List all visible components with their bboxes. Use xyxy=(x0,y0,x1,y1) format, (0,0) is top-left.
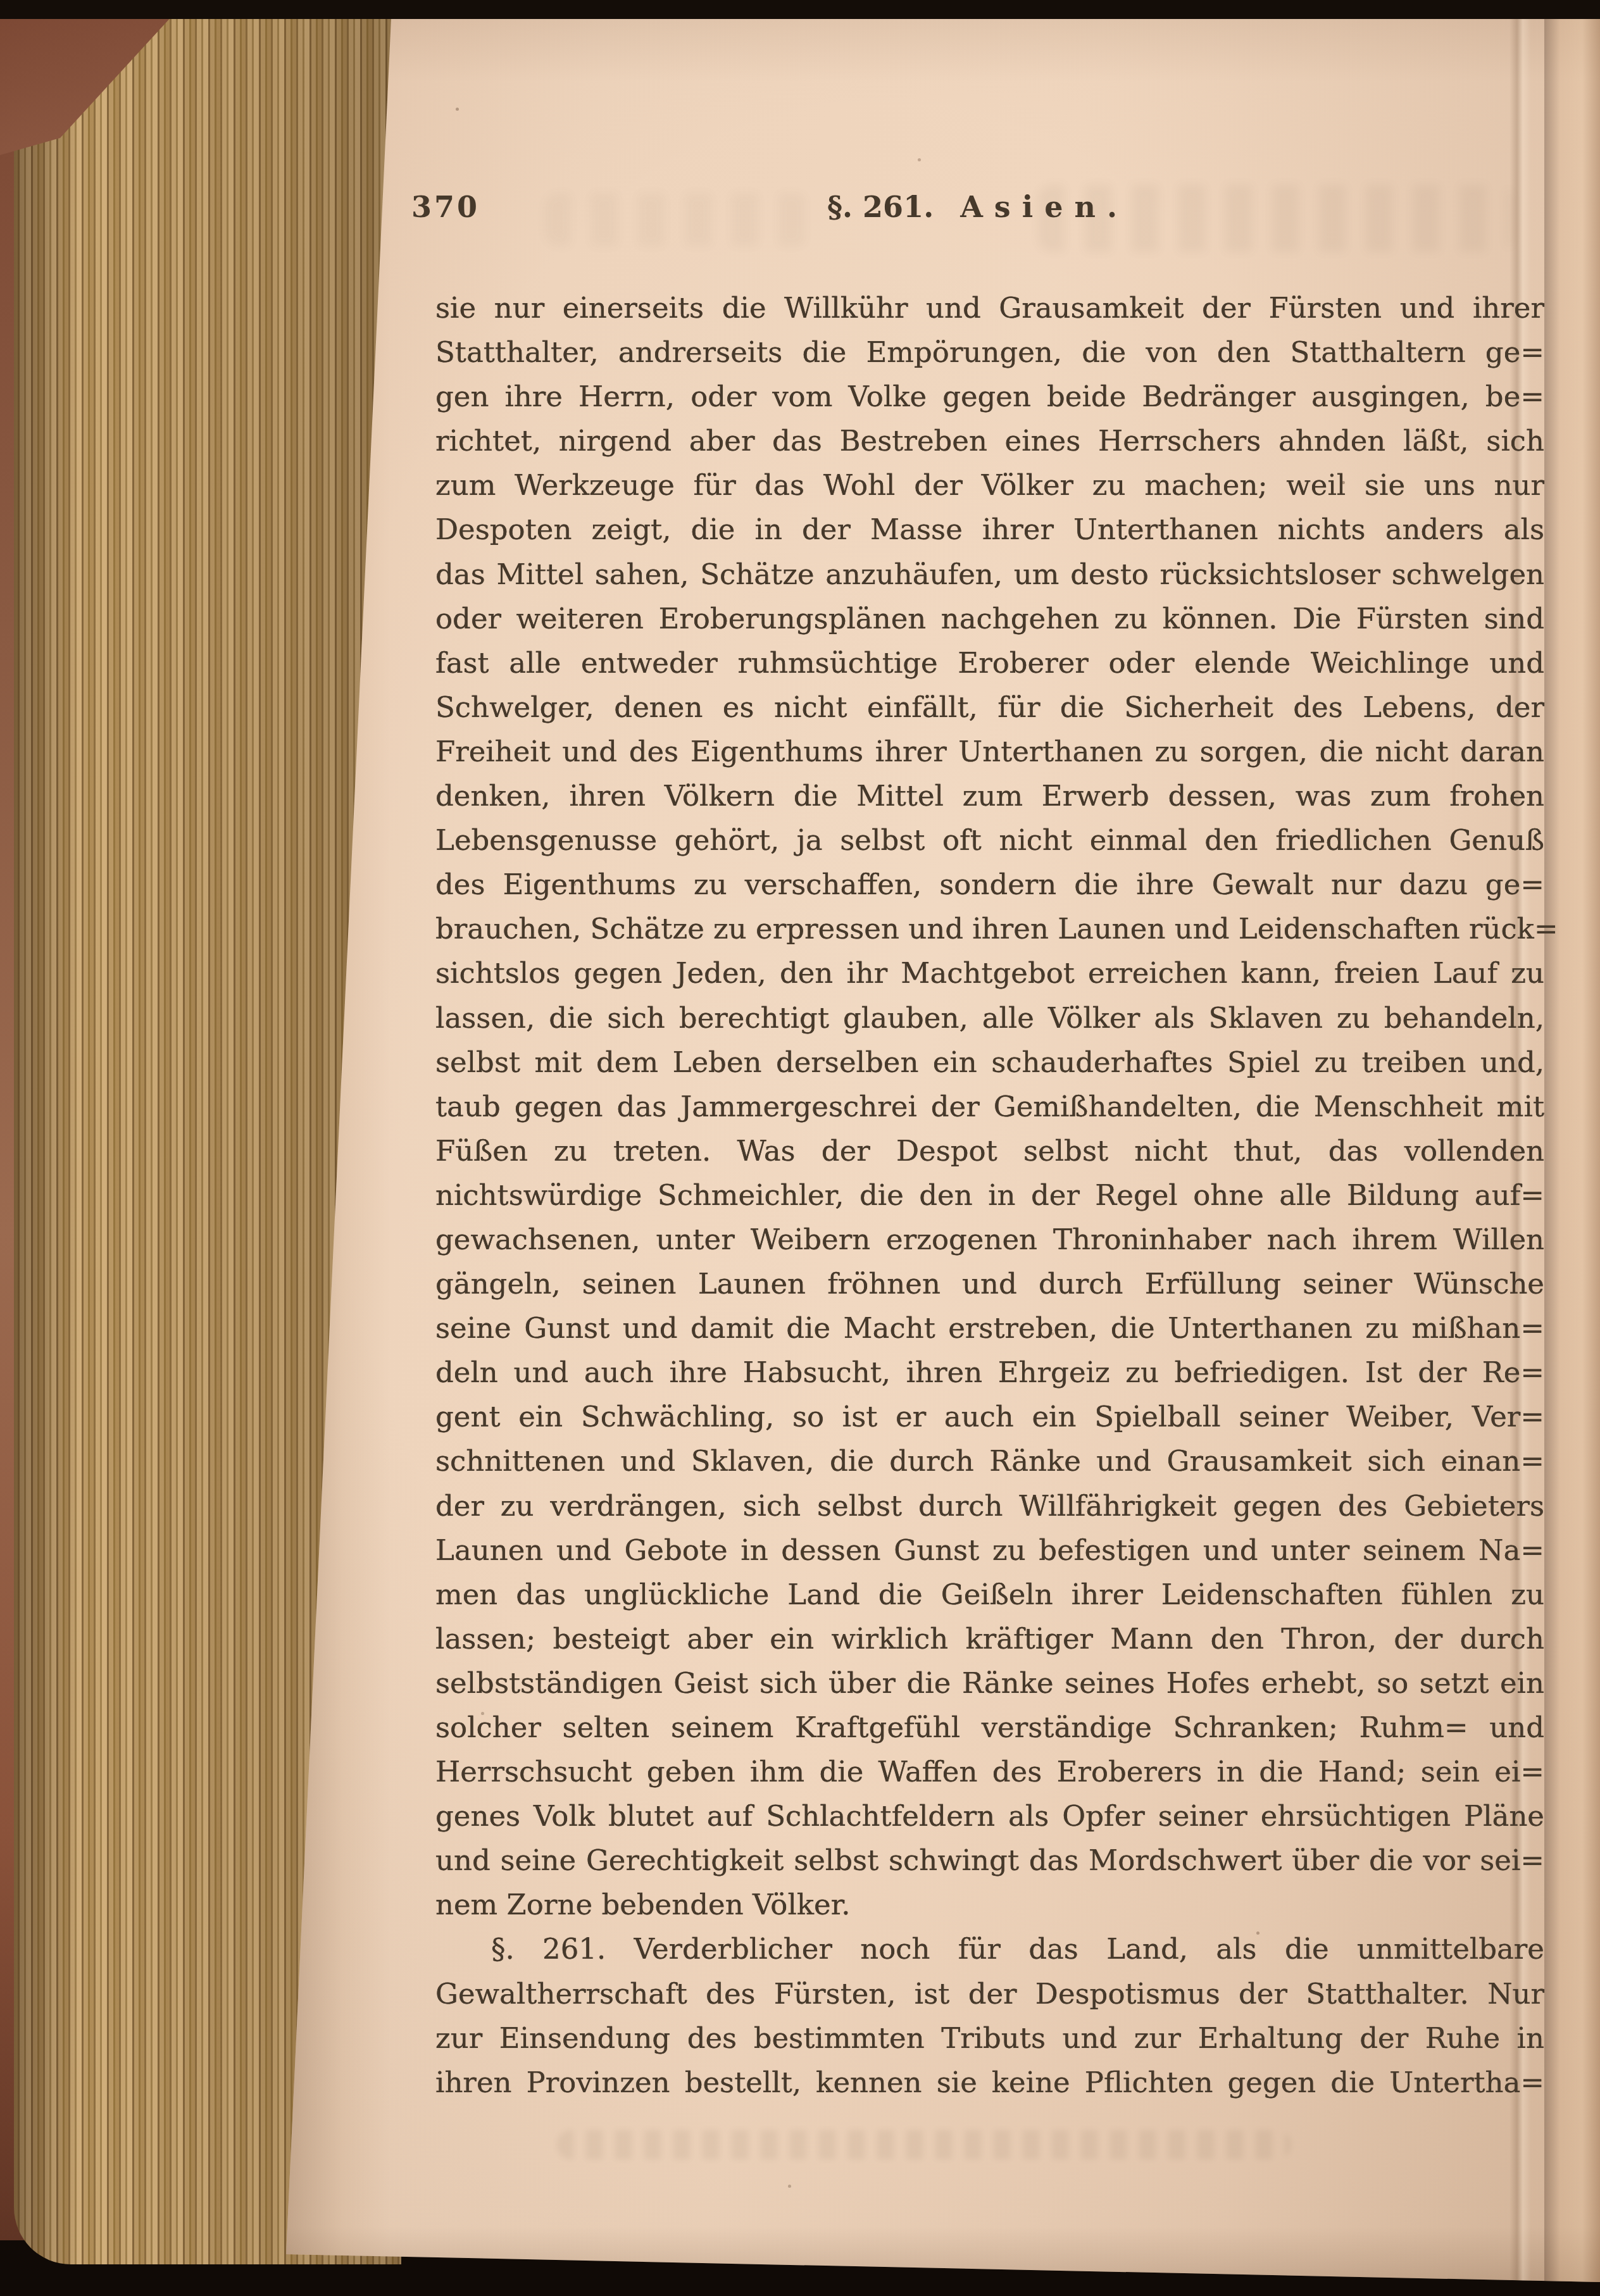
text-line: Launen und Gebote in dessen Gunst zu bef… xyxy=(435,1528,1544,1573)
section-number: §. 261. xyxy=(827,190,934,224)
text-line: §. 261. Verderblicher noch für das Land,… xyxy=(435,1927,1544,1971)
text-line: nichtswürdige Schmeichler, die den in de… xyxy=(435,1173,1544,1218)
paragraph-section-261: §. 261. Verderblicher noch für das Land,… xyxy=(435,1927,1544,2104)
text-line: deln und auch ihre Habsucht, ihren Ehrge… xyxy=(435,1351,1544,1395)
text-line: Herrschsucht geben ihm die Waffen des Er… xyxy=(435,1750,1544,1794)
text-line: Schwelger, denen es nicht einfällt, für … xyxy=(435,685,1544,730)
text-line: oder weiteren Eroberungsplänen nachgehen… xyxy=(435,597,1544,641)
text-line: sie nur einerseits die Willkühr und Grau… xyxy=(435,286,1544,330)
body-text: sie nur einerseits die Willkühr und Grau… xyxy=(435,286,1544,2105)
text-line: solcher selten seinem Kraftgefühl verstä… xyxy=(435,1706,1544,1750)
text-line: genes Volk blutet auf Schlachtfeldern al… xyxy=(435,1794,1544,1838)
text-line: lassen, die sich berechtigt glauben, all… xyxy=(435,996,1544,1040)
text-line: Freiheit und des Eigenthums ihrer Untert… xyxy=(435,730,1544,774)
text-line: Gewaltherrschaft des Fürsten, ist der De… xyxy=(435,1972,1544,2016)
paragraph-continuation: sie nur einerseits die Willkühr und Grau… xyxy=(435,286,1544,1927)
text-line: selbst mit dem Leben derselben ein schau… xyxy=(435,1040,1544,1085)
text-line: Despoten zeigt, die in der Masse ihrer U… xyxy=(435,508,1544,552)
text-line: Füßen zu treten. Was der Despot selbst n… xyxy=(435,1129,1544,1173)
text-line: brauchen, Schätze zu erpressen und ihren… xyxy=(435,907,1544,951)
scanner-background-strip xyxy=(0,0,1600,19)
text-line: richtet, nirgend aber das Bestreben eine… xyxy=(435,419,1544,463)
text-line: gängeln, seinen Launen fröhnen und durch… xyxy=(435,1262,1544,1306)
page-header: 370 §. 261. Asien. xyxy=(411,190,1544,234)
text-line: sichtslos gegen Jeden, den ihr Machtgebo… xyxy=(435,951,1544,995)
section-title: Asien. xyxy=(960,190,1128,224)
text-line: und seine Gerechtigkeit selbst schwingt … xyxy=(435,1838,1544,1883)
text-line: lassen; besteigt aber ein wirklich kräft… xyxy=(435,1617,1544,1661)
text-line: zum Werkzeuge für das Wohl der Völker zu… xyxy=(435,463,1544,508)
text-line: gent ein Schwächling, so ist er auch ein… xyxy=(435,1395,1544,1439)
text-line: fast alle entweder ruhmsüchtige Eroberer… xyxy=(435,641,1544,685)
text-line: das Mittel sahen, Schätze anzuhäufen, um… xyxy=(435,552,1544,597)
text-line: Statthalter, andrerseits die Empörungen,… xyxy=(435,330,1544,375)
text-line: des Eigenthums zu verschaffen, sondern d… xyxy=(435,863,1544,907)
text-line: seine Gunst und damit die Macht erstrebe… xyxy=(435,1306,1544,1351)
book-scan: 370 §. 261. Asien. sie nur einerseits di… xyxy=(0,0,1600,2296)
text-line: zur Einsendung des bestimmten Tributs un… xyxy=(435,2016,1544,2061)
text-line: gen ihre Herrn, oder vom Volke gegen bei… xyxy=(435,375,1544,419)
text-line: denken, ihren Völkern die Mittel zum Erw… xyxy=(435,774,1544,818)
text-line: nem Zorne bebenden Völker. xyxy=(435,1883,1544,1927)
text-line: ihren Provinzen bestellt, kennen sie kei… xyxy=(435,2061,1544,2105)
text-line: taub gegen das Jammergeschrei der Gemißh… xyxy=(435,1085,1544,1129)
text-line: schnittenen und Sklaven, die durch Ränke… xyxy=(435,1439,1544,1483)
text-line: gewachsenen, unter Weibern erzogenen Thr… xyxy=(435,1218,1544,1262)
text-line: der zu verdrängen, sich selbst durch Wil… xyxy=(435,1484,1544,1528)
text-line: men das unglückliche Land die Geißeln ih… xyxy=(435,1573,1544,1617)
text-line: selbstständigen Geist sich über die Ränk… xyxy=(435,1661,1544,1706)
running-header: §. 261. Asien. xyxy=(411,190,1544,224)
text-line: Lebensgenusse gehört, ja selbst oft nich… xyxy=(435,818,1544,863)
